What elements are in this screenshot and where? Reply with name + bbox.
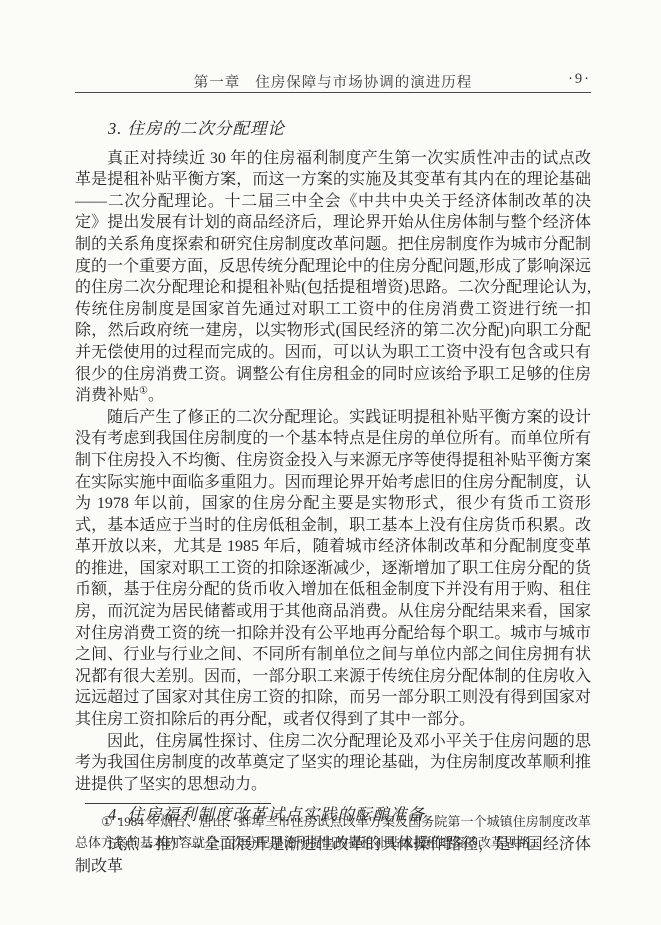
page-number: ·9· bbox=[568, 71, 591, 88]
footnote-area: ①1984 年烟台、唐山、蚌埠三市住房试点改革方案及国务院第一个城镇住房制度改革… bbox=[75, 803, 591, 853]
chapter-number: 第一章 bbox=[194, 75, 241, 91]
paragraph-1-tail: 。 bbox=[148, 387, 164, 404]
paragraph-2: 随后产生了修正的二次分配理论。实践证明提租补贴平衡方案的设计没有考虑到我国住房制… bbox=[75, 407, 591, 731]
paragraph-1-text: 真正对持续近 30 年的住房福利制度产生第一次实质性冲击的试点改革是提租补贴平衡… bbox=[75, 150, 591, 405]
footnote-marker: ① bbox=[101, 814, 113, 829]
chapter-title: 住房保障与市场协调的演进历程 bbox=[255, 75, 472, 91]
paragraph-3: 因此，住房属性探讨、住房二次分配理论及邓小平关于住房问题的思考为我国住房制度的改… bbox=[75, 731, 591, 796]
book-page: 第一章住房保障与市场协调的演进历程 ·9· 3. 住房的二次分配理论 真正对持续… bbox=[0, 0, 661, 925]
footnote-body: 1984 年烟台、唐山、蚌埠三市住房试点改革方案及国务院第一个城镇住房制度改革总… bbox=[75, 814, 591, 850]
chapter-header: 第一章住房保障与市场协调的演进历程 bbox=[75, 71, 591, 92]
page-content: 3. 住房的二次分配理论 真正对持续近 30 年的住房福利制度产生第一次实质性冲… bbox=[75, 109, 591, 877]
footnote-ref-icon: ① bbox=[139, 386, 148, 397]
paragraph-1: 真正对持续近 30 年的住房福利制度产生第一次实质性冲击的试点改革是提租补贴平衡… bbox=[75, 148, 591, 407]
header-divider bbox=[75, 92, 591, 93]
page-header: 第一章住房保障与市场协调的演进历程 ·9· bbox=[75, 71, 591, 91]
footnote-text: ①1984 年烟台、唐山、蚌埠三市住房试点改革方案及国务院第一个城镇住房制度改革… bbox=[75, 812, 591, 853]
footnote-divider bbox=[85, 803, 271, 804]
section-heading-3: 3. 住房的二次分配理论 bbox=[75, 118, 591, 140]
